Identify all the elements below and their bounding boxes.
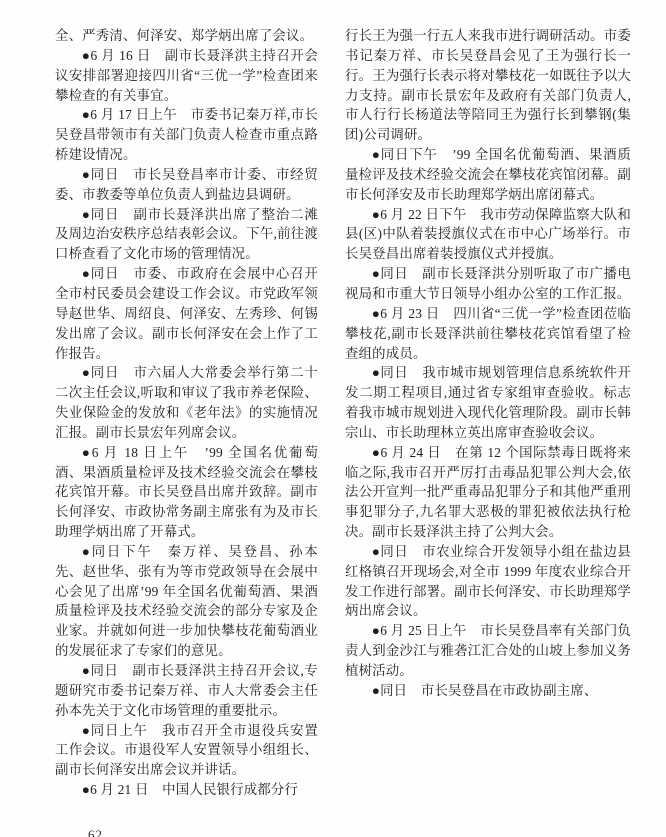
- page-number: 62: [88, 827, 103, 837]
- entry-paragraph: ●同日 副市长聂泽洪分别听取了市广播电视局和市重大节日领导小组办公室的工作汇报。: [345, 264, 631, 304]
- text-columns: 全、严秀清、何泽安、郑学炳出席了会议。●6 月 16 日 副市长聂泽洪主持召开会…: [55, 26, 631, 800]
- document-page: 全、严秀清、何泽安、郑学炳出席了会议。●6 月 16 日 副市长聂泽洪主持召开会…: [0, 0, 666, 837]
- entry-paragraph: ●6 月 18 日上午 ’99 全国名优葡萄酒、果酒质量检评及技术经验交流会在攀…: [55, 443, 318, 542]
- entry-paragraph: ●同日 市长吴登昌率市计委、市经贸委、市教委等单位负责人到盐边县调研。: [55, 165, 318, 205]
- entry-paragraph: ●同日 市长吴登昌在市政协副主席、: [345, 681, 631, 701]
- entry-paragraph: ●同日 市六届人大常委会举行第二十二次主任会议,听取和审议了我市养老保险、失业保…: [55, 363, 318, 442]
- text-column-left: 全、严秀清、何泽安、郑学炳出席了会议。●6 月 16 日 副市长聂泽洪主持召开会…: [55, 26, 318, 800]
- entry-paragraph: ●6 月 21 日 中国人民银行成都分行: [55, 780, 318, 800]
- entry-paragraph: ●同日 我市城市规划管理信息系统软件开发二期工程项目,通过省专家组审查验收。标志…: [345, 363, 631, 442]
- entry-paragraph: ●6 月 25 日上午 市长吴登昌率有关部门负责人到金沙江与雅砻江汇合处的山坡上…: [345, 621, 631, 681]
- entry-paragraph: ●同日 副市长聂泽洪主持召开会议,专题研究市委书记秦万祥、市人大常委会主任孙本先…: [55, 661, 318, 721]
- entry-paragraph: ●6 月 23 日 四川省“三优一学”检查团莅临攀枝花,副市长聂泽洪前往攀枝花宾…: [345, 304, 631, 364]
- entry-paragraph: ●6 月 17 日上午 市委书记秦万祥,市长吴登昌带领市有关部门负责人检查市重点…: [55, 105, 318, 165]
- entry-paragraph: ●6 月 16 日 副市长聂泽洪主持召开会议安排部署迎接四川省“三优一学”检查团…: [55, 46, 318, 106]
- paragraph-continuation: 全、严秀清、何泽安、郑学炳出席了会议。: [55, 26, 318, 46]
- entry-paragraph: ●同日 市农业综合开发领导小组在盐边县红格镇召开现场会,对全市 1999 年度农…: [345, 542, 631, 621]
- entry-paragraph: ●同日上午 我市召开全市退役兵安置工作会议。市退役军人安置领导小组组长、副市长何…: [55, 721, 318, 781]
- text-column-right: 行长王为强一行五人来我市进行调研活动。市委书记秦万祥、市长吴登昌会见了王为强行长…: [345, 26, 631, 800]
- paragraph-continuation: 行长王为强一行五人来我市进行调研活动。市委书记秦万祥、市长吴登昌会见了王为强行长…: [345, 26, 631, 145]
- entry-paragraph: ●6 月 22 日下午 我市劳动保障监察大队和县(区)中队着装授旗仪式在市中心广…: [345, 205, 631, 265]
- entry-paragraph: ●同日下午 秦万祥、吴登昌、孙本先、赵世华、张有为等市党政领导在会展中心会见了出…: [55, 542, 318, 661]
- entry-paragraph: ●同日下午 ’99 全国名优葡萄酒、果酒质量检评及技术经验交流会在攀枝花宾馆闭幕…: [345, 145, 631, 205]
- entry-paragraph: ●同日 副市长聂泽洪出席了整治二滩及周边治安秩序总结表彰会议。下午,前往渡口桥查…: [55, 205, 318, 265]
- entry-paragraph: ●同日 市委、市政府在会展中心召开全市村民委员会建设工作会议。市党政军领导赵世华…: [55, 264, 318, 363]
- entry-paragraph: ●6 月 24 日 在第 12 个国际禁毒日既将来临之际,我市召开严厉打击毒品犯…: [345, 443, 631, 542]
